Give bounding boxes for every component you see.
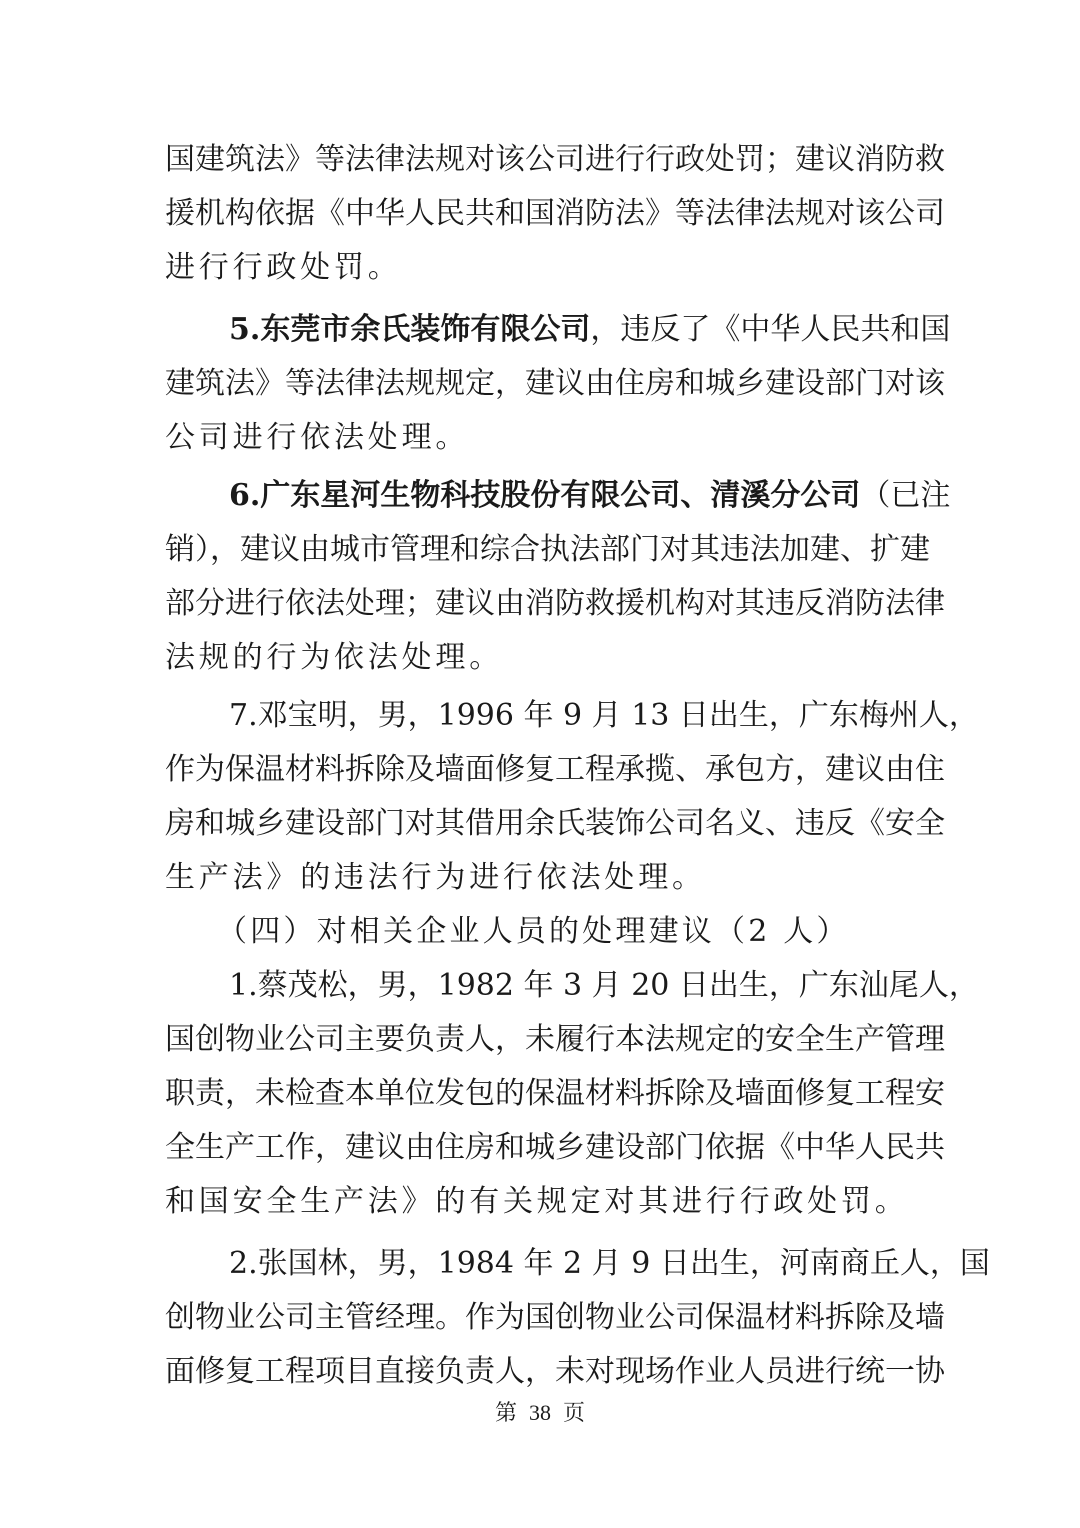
text-line: 全生产工作，建议由住房和城乡建设部门依据《中华人民共 bbox=[165, 1126, 917, 1180]
text-line: 部分进行依法处理；建议由消防救援机构对其违反消防法律 bbox=[165, 582, 917, 636]
text-line: 建筑法》等法律法规规定，建议由住房和城乡建设部门对该 bbox=[165, 362, 917, 416]
text-line: 销），建议由城市管理和综合执法部门对其违法加建、扩建 bbox=[165, 528, 917, 582]
text-line: 房和城乡建设部门对其借用余氏装饰公司名义、违反《安全 bbox=[165, 802, 917, 856]
item-lead-bold: 6.广东星河生物科技股份有限公司、清溪分公司 bbox=[229, 478, 860, 513]
item-first-line: 7.邓宝明，男，1996 年 9 月 13 日出生，广东梅州人， bbox=[229, 698, 979, 733]
text-line: 援机构依据《中华人民共和国消防法》等法律法规对该公司 bbox=[165, 192, 917, 246]
text-line: 创物业公司主管经理。作为国创物业公司保温材料拆除及墙 bbox=[165, 1296, 917, 1350]
text-line: 7.邓宝明，男，1996 年 9 月 13 日出生，广东梅州人， bbox=[165, 694, 917, 748]
text-line: 进行行政处罚。 bbox=[165, 246, 917, 300]
item-lead-bold: 5.东莞市余氏装饰有限公司 bbox=[229, 312, 590, 347]
paragraph-item-6: 6.广东星河生物科技股份有限公司、清溪分公司（已注 销），建议由城市管理和综合执… bbox=[165, 474, 917, 690]
section-heading-text: （四）对相关企业人员的处理建议（2 人） bbox=[217, 914, 850, 949]
page-number-prefix: 第 bbox=[495, 1400, 517, 1425]
text-line: 2.张国林，男，1984 年 2 月 9 日出生，河南商丘人，国 bbox=[165, 1242, 917, 1296]
item-lead-rest: （已注 bbox=[860, 478, 950, 513]
paragraph-person-2: 2.张国林，男，1984 年 2 月 9 日出生，河南商丘人，国 创物业公司主管… bbox=[165, 1242, 917, 1404]
text-line: 国创物业公司主要负责人，未履行本法规定的安全生产管理 bbox=[165, 1018, 917, 1072]
heading-line: （四）对相关企业人员的处理建议（2 人） bbox=[165, 910, 917, 964]
item-lead-rest: ，违反了《中华人民共和国 bbox=[590, 312, 950, 347]
text-line: 6.广东星河生物科技股份有限公司、清溪分公司（已注 bbox=[165, 474, 917, 528]
text-line: 国建筑法》等法律法规对该公司进行行政处罚；建议消防救 bbox=[165, 138, 917, 192]
text-line: 作为保温材料拆除及墙面修复工程承揽、承包方，建议由住 bbox=[165, 748, 917, 802]
text-line: 生产法》的违法行为进行依法处理。 bbox=[165, 856, 917, 910]
paragraph-person-1: 1.蔡茂松，男，1982 年 3 月 20 日出生，广东汕尾人， 国创物业公司主… bbox=[165, 964, 917, 1234]
document-body: 国建筑法》等法律法规对该公司进行行政处罚；建议消防救 援机构依据《中华人民共和国… bbox=[165, 138, 917, 1404]
text-line: 5.东莞市余氏装饰有限公司，违反了《中华人民共和国 bbox=[165, 308, 917, 362]
text-line: 法规的行为依法处理。 bbox=[165, 636, 917, 690]
text-line: 职责，未检查本单位发包的保温材料拆除及墙面修复工程安 bbox=[165, 1072, 917, 1126]
page-footer: 第38页 bbox=[0, 1398, 1080, 1428]
page-number: 38 bbox=[529, 1400, 551, 1425]
text-line: 公司进行依法处理。 bbox=[165, 416, 917, 470]
page-number-suffix: 页 bbox=[563, 1400, 585, 1425]
paragraph-item-7: 7.邓宝明，男，1996 年 9 月 13 日出生，广东梅州人， 作为保温材料拆… bbox=[165, 694, 917, 910]
paragraph-continuation: 国建筑法》等法律法规对该公司进行行政处罚；建议消防救 援机构依据《中华人民共和国… bbox=[165, 138, 917, 300]
text-line: 和国安全生产法》的有关规定对其进行行政处罚。 bbox=[165, 1180, 917, 1234]
text-line: 1.蔡茂松，男，1982 年 3 月 20 日出生，广东汕尾人， bbox=[165, 964, 917, 1018]
item-first-line: 2.张国林，男，1984 年 2 月 9 日出生，河南商丘人，国 bbox=[229, 1246, 990, 1281]
section-heading: （四）对相关企业人员的处理建议（2 人） bbox=[165, 910, 917, 964]
paragraph-item-5: 5.东莞市余氏装饰有限公司，违反了《中华人民共和国 建筑法》等法律法规规定，建议… bbox=[165, 308, 917, 470]
text-line: 面修复工程项目直接负责人，未对现场作业人员进行统一协 bbox=[165, 1350, 917, 1404]
document-page: 国建筑法》等法律法规对该公司进行行政处罚；建议消防救 援机构依据《中华人民共和国… bbox=[0, 0, 1080, 1528]
item-first-line: 1.蔡茂松，男，1982 年 3 月 20 日出生，广东汕尾人， bbox=[229, 968, 979, 1003]
